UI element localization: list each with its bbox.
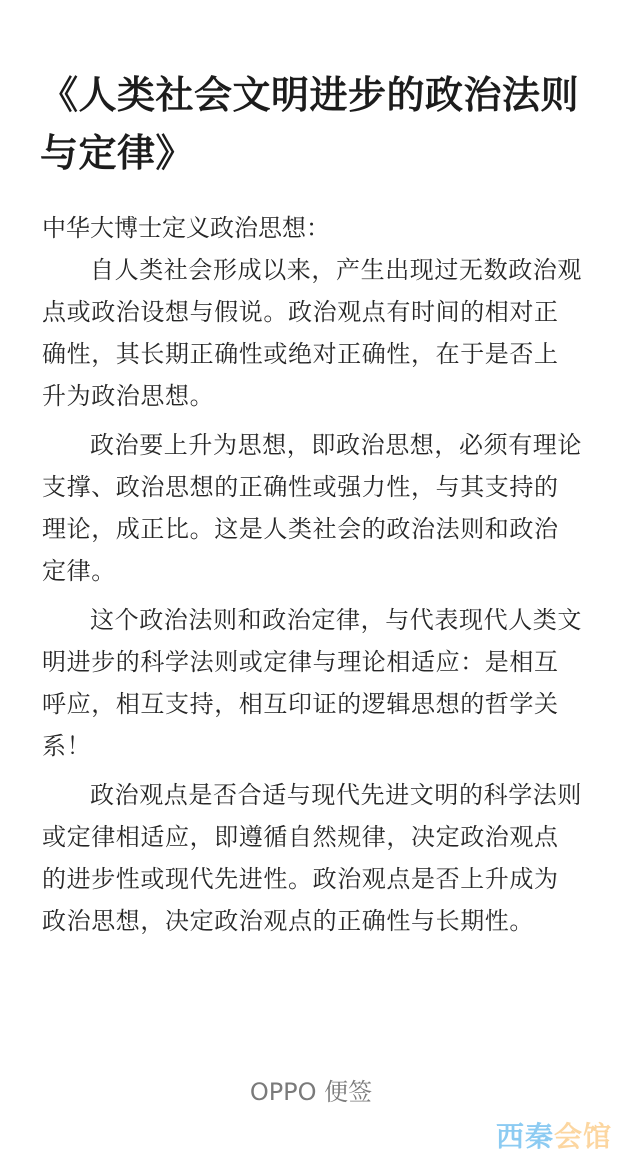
note-paragraph: 自人类社会形成以来，产生出现过无数政治观点或政治设想与假说。政治观点有时间的相对… xyxy=(42,249,582,417)
watermark-part2: 会馆 xyxy=(554,1120,612,1153)
watermark-logo: 西秦会馆 xyxy=(496,1115,612,1155)
note-intro: 中华大博士定义政治思想： xyxy=(42,210,582,247)
note-content: 《人类社会文明进步的政治法则与定律》 中华大博士定义政治思想： 自人类社会形成以… xyxy=(42,66,582,942)
watermark-part1: 西秦 xyxy=(496,1120,554,1153)
app-signature: OPPO 便签 xyxy=(0,1072,622,1107)
note-paragraph: 政治要上升为思想，即政治思想，必须有理论支撑、政治思想的正确性或强力性，与其支持… xyxy=(42,424,582,592)
note-paragraph: 政治观点是否合适与现代先进文明的科学法则或定律相适应，即遵循自然规律，决定政治观… xyxy=(42,774,582,942)
note-paragraph: 这个政治法则和政治定律，与代表现代人类文明进步的科学法则或定律与理论相适应：是相… xyxy=(42,599,582,767)
note-title: 《人类社会文明进步的政治法则与定律》 xyxy=(40,66,582,182)
